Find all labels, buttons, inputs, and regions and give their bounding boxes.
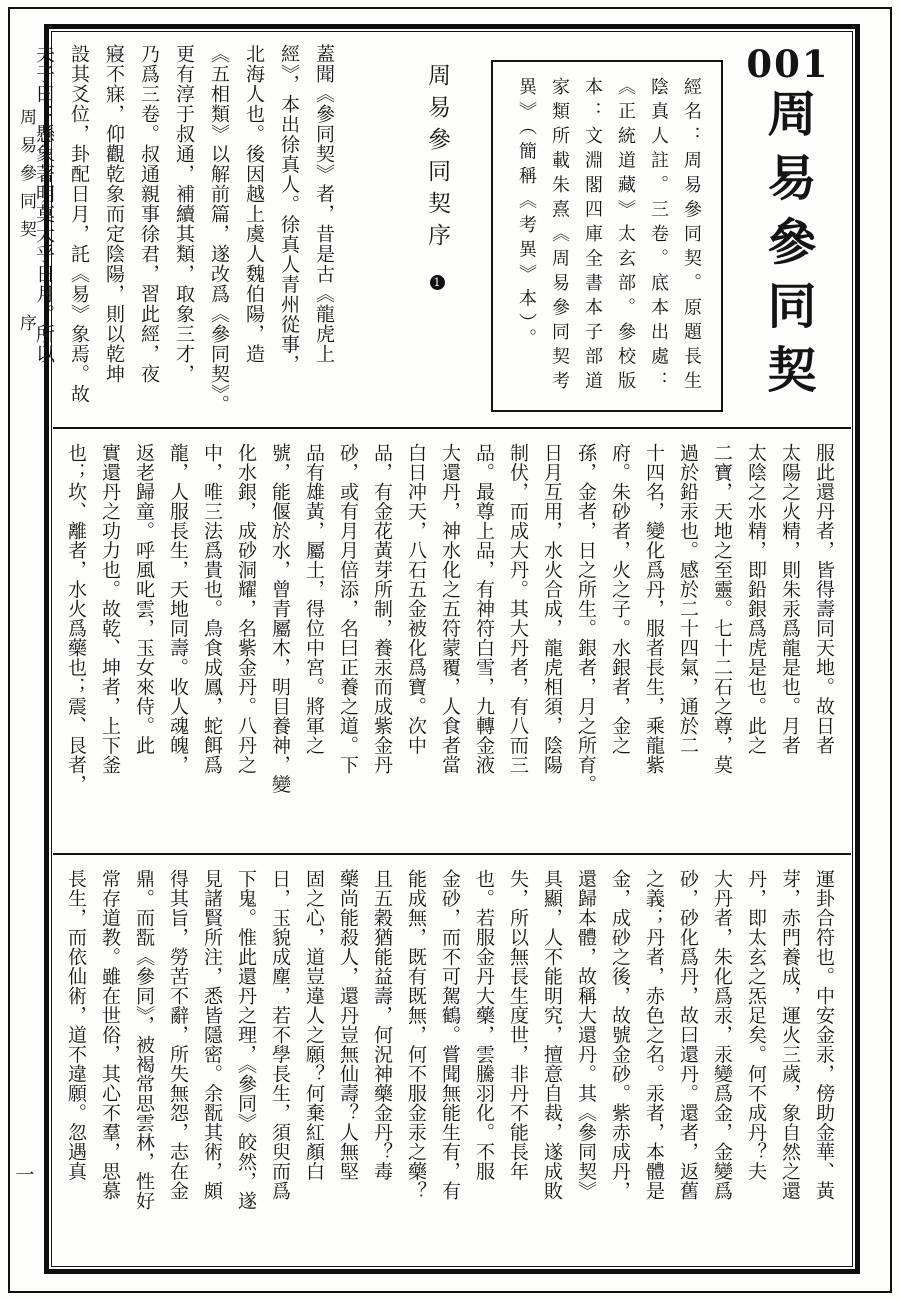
text-column: 設其爻位，卦配日月，託《易》象焉。故 [61,44,96,423]
text-column: 蓋聞《參同契》者，昔是古《龍虎上 [306,44,383,423]
text-column: 日，玉貌成塵，若不學長生，須臾而爲 [263,869,297,1259]
text-column: 能成無，既有既無，何不服金汞之藥？ [399,869,433,1259]
text-column: 還歸本體，故稱大還丹。其《參同契》 [569,869,603,1259]
text-column: 二寶，天地之至靈。七十二石之尊，莫 [705,443,739,847]
text-column: 寢不寐，仰觀乾象而定陰陽，則以乾坤 [96,44,131,423]
preface-heading: 周易參同契序 1 [419,63,455,290]
text-column: 且五穀猶能益壽，何況神藥金丹？毒 [365,869,399,1259]
text-column: 也。若服金丹大藥，雲騰羽化。不服 [467,869,501,1259]
text-column: 下鬼。惟此還丹之理，《參同》皎然，遂 [229,869,263,1259]
text-column: 固之心，道豈違人之願？何棄紅顏白 [297,869,331,1259]
text-column: 大還丹，神水化之五符蒙覆，人食者當 [433,443,467,847]
text-column: 具顯，人不能明究，擅意自裁，遂成敗 [535,869,569,1259]
text-column: 白日冲天，八石五金被化爲寶。次中 [399,443,433,847]
text-column: 大丹者，朱化爲汞，汞變爲金，金變爲 [705,869,739,1259]
text-column: 丹，即太玄之炁足矣。何不成丹？夫 [739,869,773,1259]
text-column: 實還丹之功力也。故乾、坤者，上下釜 [93,443,127,847]
text-column: 見諸賢所注，悉皆隱密。余翫其術，頗 [195,869,229,1259]
text-column: 制伏，而成大丹。其大丹者，有八而三 [501,443,535,847]
text-column: 長生，而依仙術，道不違願。忽遇真 [59,869,93,1259]
register-bottom: 運卦合符也。中安金汞，傍助金華、黃芽，赤門養成，運火三歲，象自然之還丹，即太玄之… [53,855,851,1265]
text-column: 家類所載朱熹《周易參同契考 [543,77,576,395]
text-column: 化水銀，成砂洞耀，名紫金丹。八丹之 [229,443,263,847]
text-column: 金，成砂之後，故號金砂。紫赤成丹， [603,869,637,1259]
text-column: 之義；丹者，赤色之名。汞者，本體是 [637,869,671,1259]
text-column: 品有雄黃，屬土，得位中宮。將軍之 [297,443,331,847]
text-column: 《正統道藏》太玄部。參校版 [609,77,642,395]
text-column: 返老歸童。呼風叱雲，玉女來侍。此 [127,443,161,847]
colophon-box: 經名：周易參同契。原題長生陰真人註。三卷。底本出處：《正統道藏》太玄部。參校版本… [491,60,723,412]
text-column: 北海人也。後因越上虞人魏伯陽，造 [236,44,271,423]
register-top: 001 周易參同契 經名：周易參同契。原題長生陰真人註。三卷。底本出處：《正統道… [53,33,851,427]
text-column: 太陰之水精，即鉛銀爲虎是也。此之 [739,443,773,847]
text-column: 十四名，變化爲丹，服者長生，乘龍紫 [637,443,671,847]
text-column: 夫子曰：懸象著明莫大乎日月。所以 [26,44,61,423]
text-column: 常存道教。雖在世俗，其心不羣，思慕 [93,869,127,1259]
page-number: 一 [10,1160,40,1187]
text-column: 中，唯三法爲貴也。鳥食成鳳，蛇餌爲 [195,443,229,847]
page-code: 001 [735,45,841,84]
text-column: 服此還丹者，皆得壽同天地。故日者 [807,443,841,847]
text-column: 乃爲三卷。叔通親事徐君，習此經，夜 [131,44,166,423]
text-column: 金砂，而不可駕鶴。嘗聞無能生有，有 [433,869,467,1259]
scanned-book-page: 周易參同契 序 一 001 周易參同契 經名：周易參同契。原題長生陰真人註。三卷… [0,0,900,1300]
book-title-block: 001 周易參同契 [735,45,841,412]
text-column: 太陽之火精，則朱汞爲龍是也。月者 [773,443,807,847]
register-middle: 服此還丹者，皆得壽同天地。故日者太陽之火精，則朱汞爲龍是也。月者太陰之水精，即鉛… [53,429,851,853]
preface-text: 蓋聞《參同契》者，昔是古《龍虎上經》，本出徐真人。徐真人青州從事，北海人也。後因… [63,44,383,423]
text-column: 日月互用，水火合成，龍虎相須，陰陽 [535,443,569,847]
frame-content: 001 周易參同契 經名：周易參同契。原題長生陰真人註。三卷。底本出處：《正統道… [53,33,851,1265]
content-frame: 001 周易參同契 經名：周易參同契。原題長生陰真人註。三卷。底本出處：《正統道… [44,24,860,1274]
text-column: 本：文淵閣四庫全書本子部道 [576,77,609,395]
text-column: 得其旨，勞苦不辭，所失無怨，志在金 [161,869,195,1259]
preface-heading-text: 周易參同契序 [424,63,450,255]
book-title: 周易參同契 [761,88,815,408]
text-column: 也；坎、離者，水火爲藥也；震、艮者， [59,443,93,847]
text-column: 經》，本出徐真人。徐真人青州從事， [271,44,306,423]
footnote-marker-1: 1 [430,275,445,290]
text-column: 府。朱砂者，火之子。水銀者，金之 [603,443,637,847]
text-column: 經名：周易參同契。原題長生 [675,77,708,395]
text-column: 鼎。而翫《參同》，被褐常思雲林，性好 [127,869,161,1259]
text-column: 失，所以無長生度世，非丹不能長年 [501,869,535,1259]
text-column: 品，有金花黃芽所制，養汞而成紫金丹 [365,443,399,847]
text-column: 過於鉛汞也。感於二十四氣，通於二 [671,443,705,847]
text-column: 品。最尊上品，有神符白雪，九轉金液 [467,443,501,847]
text-column: 運卦合符也。中安金汞，傍助金華、黃 [807,869,841,1259]
text-column: 龍，人服長生，天地同壽。收人魂魄， [161,443,195,847]
text-column: 異》（簡稱《考異》本）。 [510,77,543,395]
commentary-upper-text: 服此還丹者，皆得壽同天地。故日者太陽之火精，則朱汞爲龍是也。月者太陰之水精，即鉛… [59,443,841,847]
text-column: 陰真人註。三卷。底本出處： [642,77,675,395]
text-column: 砂，或有月月倍添，名曰正養之道。下 [331,443,365,847]
commentary-lower-text: 運卦合符也。中安金汞，傍助金華、黃芽，赤門養成，運火三歲，象自然之還丹，即太玄之… [59,869,841,1259]
text-column: 號，能偃於水，曾青屬木，明目養神，變 [263,443,297,847]
text-column: 砂，砂化爲丹，故曰還丹。還者，返舊 [671,869,705,1259]
text-column: 孫，金者，日之所生。銀者，月之所育。 [569,443,603,847]
text-column: 《五相類》以解前篇，遂改爲《參同契》。 [201,44,236,423]
text-column: 芽，赤門養成，運火三歲，象自然之還 [773,869,807,1259]
text-column: 更有淳于叔通，補續其類，取象三才， [166,44,201,423]
text-column: 藥尚能殺人，還丹豈無仙壽？人無堅 [331,869,365,1259]
